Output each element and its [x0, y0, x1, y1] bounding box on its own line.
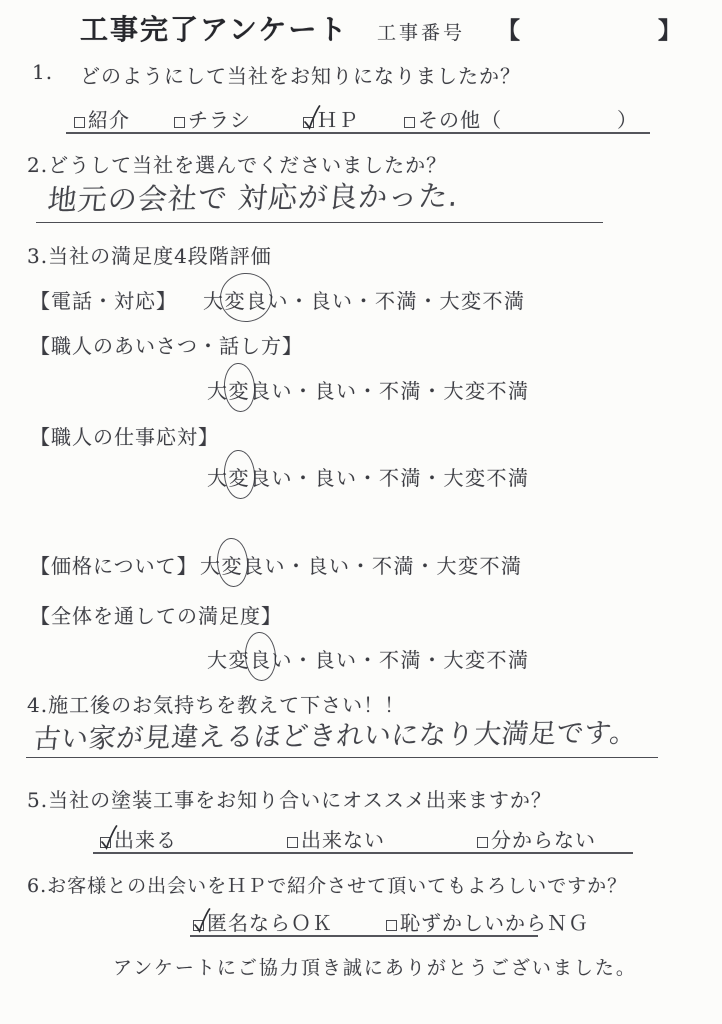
checkbox-anonymous-ok[interactable] [193, 920, 204, 931]
q1-option-referral[interactable]: 紹介 [74, 104, 130, 133]
q1-option-other-label: その他（ [418, 108, 502, 132]
rating-label-overall: 【全体を通しての満足度】 [30, 600, 282, 629]
rating-pre: 大 [200, 554, 222, 578]
rating-post: 良い [250, 466, 293, 490]
rating-rest: ・良い・不満・大変不満 [293, 466, 530, 490]
rating-rest: ・良い・不満・大変不満 [289, 289, 526, 313]
checkbox-embarrassed-ng[interactable] [386, 920, 397, 931]
q3-question: 3.当社の満足度4段階評価 [27, 240, 272, 269]
q5-option-can-label: 出来る [114, 828, 177, 852]
rating-post: い [268, 289, 290, 313]
q5-options-row: 出来る 出来ない 分からない [93, 818, 633, 854]
rating-pre: 大 [207, 466, 229, 490]
rating-post: い [272, 648, 294, 672]
rating-options-price[interactable]: 大変良い・良い・不満・大変不満 [200, 550, 523, 579]
checkbox-dont-know[interactable] [477, 837, 488, 848]
rating-pre: 大変 [207, 648, 250, 672]
q6-option-embarrassed-ng[interactable]: 恥ずかしいからＮＧ [386, 907, 589, 936]
checkbox-can-recommend[interactable] [100, 837, 111, 848]
rating-pre: 大 [207, 379, 229, 403]
rating-options-phone[interactable]: 大変良い・良い・不満・大変不満 [203, 285, 526, 314]
survey-page: 工事完了アンケート 工事番号 【 】 1. どのようにして当社をお知りになりまし… [0, 0, 722, 1024]
rating-rest: ・良い・不満・大変不満 [286, 554, 523, 578]
q5-option-unknown[interactable]: 分からない [477, 824, 596, 853]
rating-options-greeting[interactable]: 大変良い・良い・不満・大変不満 [207, 375, 530, 404]
checkbox-cannot-recommend[interactable] [287, 837, 298, 848]
job-number-bracket-open: 【 [497, 12, 520, 45]
q6-option-embarrassed-ng-label: 恥ずかしいからＮＧ [400, 911, 589, 935]
rating-circled-text: 変 [229, 466, 251, 490]
q6-option-anonymous-ok-label: 匿名ならＯＫ [207, 911, 333, 935]
job-number-bracket-close: 】 [658, 12, 681, 45]
q6-question: 6.お客様との出会いをＨＰで紹介させて頂いてもよろしいですか？ [27, 871, 627, 898]
q6-options-row: 匿名ならＯＫ 恥ずかしいからＮＧ [190, 901, 538, 937]
selected-rating-circle: 変 [222, 550, 244, 579]
rating-label-phone: 【電話・対応】 [30, 285, 177, 314]
rating-label-greeting: 【職人のあいさつ・話し方】 [30, 330, 303, 359]
rating-rest: ・良い・不満・大変不満 [293, 648, 530, 672]
rating-post: 良い [250, 379, 293, 403]
q1-option-other[interactable]: その他（ [404, 104, 502, 133]
selected-rating-circle: 良 [250, 644, 272, 673]
q1-option-referral-label: 紹介 [88, 108, 130, 132]
checkbox-flyer[interactable] [174, 117, 185, 128]
q4-answer-line[interactable]: 古い家が見違えるほどきれいになり大満足です。 [26, 714, 658, 758]
q5-option-unknown-label: 分からない [491, 828, 596, 852]
rating-label-workmanship: 【職人の仕事応対】 [30, 421, 219, 450]
q1-options-row: 紹介 チラシ ＨＰ その他（ ） [66, 98, 650, 134]
selected-rating-circle: 変 [229, 375, 251, 404]
rating-label-price: 【価格について】 [30, 550, 198, 579]
q1-option-hp-label: ＨＰ [317, 108, 359, 132]
q1-question: どのようにして当社をお知りになりましたか？ [80, 60, 521, 89]
q4-answer-handwriting: 古い家が見違えるほどきれいになり大満足です。 [32, 711, 639, 756]
page-title: 工事完了アンケート [80, 8, 348, 48]
q1-option-flyer-label: チラシ [188, 108, 251, 132]
job-number-label: 工事番号 [377, 18, 465, 45]
q5-option-cannot-label: 出来ない [301, 828, 385, 852]
rating-circled-text: 良 [250, 648, 272, 672]
checkbox-referral[interactable] [74, 117, 85, 128]
rating-circled-text: 変 [222, 554, 244, 578]
q2-answer-line[interactable]: 地元の会社で 対応が良かった. [36, 176, 603, 223]
checkbox-hp[interactable] [303, 117, 314, 128]
rating-pre: 大 [203, 289, 225, 313]
q1-number: 1. [32, 60, 53, 84]
thanks-message: アンケートにご協力頂き誠にありがとうございました。 [113, 953, 637, 980]
q5-option-can[interactable]: 出来る [100, 824, 177, 853]
rating-options-overall[interactable]: 大変良い・良い・不満・大変不満 [207, 644, 530, 673]
q2-answer-handwriting: 地元の会社で 対応が良かった. [46, 174, 461, 219]
rating-options-workmanship[interactable]: 大変良い・良い・不満・大変不満 [207, 462, 530, 491]
q1-option-flyer[interactable]: チラシ [174, 104, 251, 133]
q5-question: 5.当社の塗装工事をお知り合いにオススメ出来ますか？ [27, 784, 552, 813]
rating-post: 良い [243, 554, 286, 578]
selected-rating-circle: 変良 [225, 285, 268, 314]
job-number-field[interactable] [520, 14, 655, 42]
q6-option-anonymous-ok[interactable]: 匿名ならＯＫ [193, 907, 333, 936]
rating-circled-text: 変 [229, 379, 251, 403]
q5-option-cannot[interactable]: 出来ない [287, 824, 385, 853]
checkbox-other[interactable] [404, 117, 415, 128]
rating-circled-text: 変良 [225, 289, 268, 313]
selected-rating-circle: 変 [229, 462, 251, 491]
q1-other-close-paren: ） [617, 104, 638, 133]
q1-option-hp[interactable]: ＨＰ [303, 104, 359, 133]
rating-rest: ・良い・不満・大変不満 [293, 379, 530, 403]
q1-other-input-area[interactable] [506, 102, 614, 128]
